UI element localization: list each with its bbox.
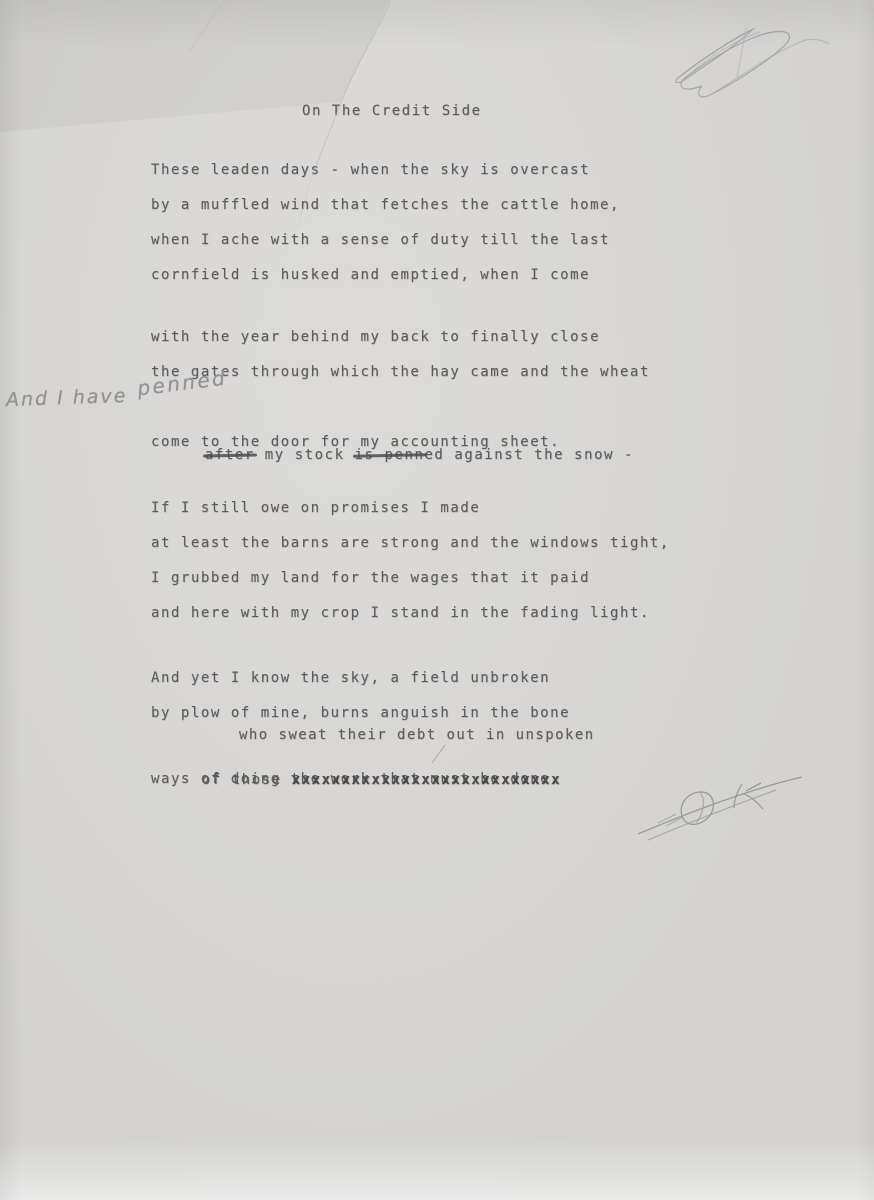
poem-line-fragment: my stock: [255, 447, 355, 463]
poem-line: when I ache with a sense of duty till th…: [151, 232, 620, 267]
struck-word: after: [205, 447, 255, 463]
stanza-1: These leaden days - when the sky is over…: [151, 162, 620, 302]
scan-corner-shadow: [0, 0, 420, 150]
interlined-correction: who sweat their debt out in unspoken: [239, 727, 595, 743]
poem-line: with the year behind my back to finally …: [151, 329, 650, 364]
poem-line: and here with my crop I stand in the fad…: [151, 605, 670, 640]
stanza-2: with the year behind my back to finally …: [151, 329, 650, 469]
poem-line: cornfield is husked and emptied, when I …: [151, 267, 620, 302]
stanza-4: And yet I know the sky, a field unbroken…: [151, 670, 570, 806]
scanned-page: On The Credit Side These leaden days - w…: [0, 0, 874, 1200]
poem-title: On The Credit Side: [302, 103, 482, 119]
poem-line: at least the barns are strong and the wi…: [151, 535, 670, 570]
poem-line: by a muffled wind that fetches the cattl…: [151, 197, 620, 232]
poem-line-fragment: of those: [202, 772, 292, 788]
typed-over-deletion: xxxxxxxxxxxxxxxxxxxxxxxxxxx: [292, 772, 561, 788]
handwritten-margin-note: And I have: [6, 388, 128, 408]
pencil-ok-mark: [638, 777, 802, 840]
pencil-initials-mark: [676, 28, 829, 97]
poem-line: And yet I know the sky, a field unbroken: [151, 670, 570, 705]
stanza-3: If I still owe on promises I made at lea…: [151, 500, 670, 640]
corrected-poem-line: who sweat their debt out in unspoken of …: [142, 740, 570, 775]
poem-line: These leaden days - when the sky is over…: [151, 162, 620, 197]
poem-line-fragment: ed against the snow -: [424, 447, 634, 463]
struck-phrase: is penn: [355, 447, 425, 463]
poem-line: If I still owe on promises I made: [151, 500, 670, 535]
poem-line: I grubbed my land for the wages that it …: [151, 570, 670, 605]
edited-poem-line: And I have penned after my stock is penn…: [145, 399, 650, 434]
